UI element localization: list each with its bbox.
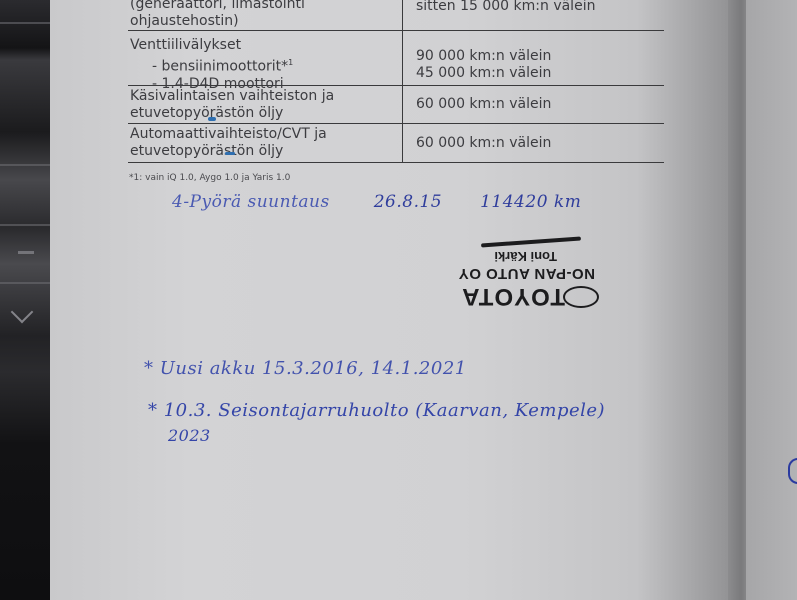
interval-text: 90 000 km:n välein [416, 48, 664, 65]
signature-stroke [481, 237, 581, 248]
item-cell: Venttiilivälykset - bensiinimoottorit*1 … [128, 31, 403, 85]
interior-trim-line [0, 282, 52, 284]
interval-cell: 60 000 km:n välein [403, 86, 664, 123]
item-text: (generaattori, ilmastointi [130, 0, 402, 13]
sub-item-label: - bensiinimoottorit* [152, 59, 288, 75]
interval-text: 45 000 km:n välein [416, 65, 664, 82]
car-interior-background [0, 0, 56, 600]
handwritten-battery-note: * Uusi akku 15.3.2016, 14.1.2021 [144, 358, 467, 379]
interval-cell: 90 000 km:n välein 45 000 km:n välein [403, 31, 664, 85]
note-mileage: 114420 km [480, 192, 581, 212]
note-date: 26.8.15 [374, 192, 442, 212]
stamp-company: NO-PAN AUTO OY [458, 265, 595, 282]
table-row: Venttiilivälykset - bensiinimoottorit*1 … [128, 31, 664, 86]
table-row: (generaattori, ilmastointi ohjaustehosti… [128, 0, 664, 31]
ink-smudge [225, 152, 235, 155]
interval-cell: sitten 15 000 km:n välein [403, 0, 664, 30]
interval-text: 60 000 km:n välein [416, 96, 664, 113]
handwritten-alignment-note: 4-Pyörä suuntaus26.8.15114420 km [172, 192, 581, 212]
interval-cell: 60 000 km:n välein [403, 124, 664, 162]
item-cell: Käsivalintaisen vaihteiston ja etuvetopy… [128, 86, 403, 123]
stamp-person: Toni Kärki [494, 249, 557, 264]
next-page-edge [746, 0, 797, 600]
ink-smudge [208, 117, 216, 121]
handwritten-parking-brake-note: * 10.3. Seisontajarruhuolto (Kaarvan, Ke… [148, 400, 605, 421]
item-text: Käsivalintaisen vaihteiston ja [130, 88, 402, 105]
item-text: ohjaustehostin) [130, 13, 402, 30]
minus-icon [18, 251, 34, 254]
maintenance-interval-table: (generaattori, ilmastointi ohjaustehosti… [128, 0, 664, 163]
interior-trim-line [0, 224, 52, 226]
sub-item: - bensiinimoottorit*1 [130, 54, 402, 76]
interior-trim-line [0, 164, 52, 166]
table-footnote: *1: vain iQ 1.0, Aygo 1.0 ja Yaris 1.0 [129, 173, 290, 183]
item-text: Venttiilivälykset [130, 37, 402, 54]
dealer-stamp: TOYOTA NO-PAN AUTO OY Toni Kärki [420, 235, 595, 310]
item-text: Automaattivaihteisto/CVT ja [130, 126, 402, 143]
item-text: etuvetopyörästön öljy [130, 105, 402, 122]
table-row: Automaattivaihteisto/CVT ja etuvetopyörä… [128, 124, 664, 163]
interior-trim-line [0, 22, 52, 24]
ink-mark [788, 458, 797, 484]
item-text: etuvetopyörästön öljy [130, 143, 402, 160]
note-text: 4-Pyörä suuntaus [172, 192, 330, 212]
toyota-logo-icon [563, 286, 599, 308]
footnote-ref: 1 [288, 58, 293, 67]
chevron-down-icon [11, 301, 34, 324]
item-cell: Automaattivaihteisto/CVT ja etuvetopyörä… [128, 124, 403, 162]
interval-text: 60 000 km:n välein [416, 135, 664, 152]
item-cell: (generaattori, ilmastointi ohjaustehosti… [128, 0, 403, 30]
interval-text: sitten 15 000 km:n välein [416, 0, 664, 15]
handwritten-year-note: 2023 [168, 426, 211, 445]
stamp-brand: TOYOTA [461, 282, 565, 310]
